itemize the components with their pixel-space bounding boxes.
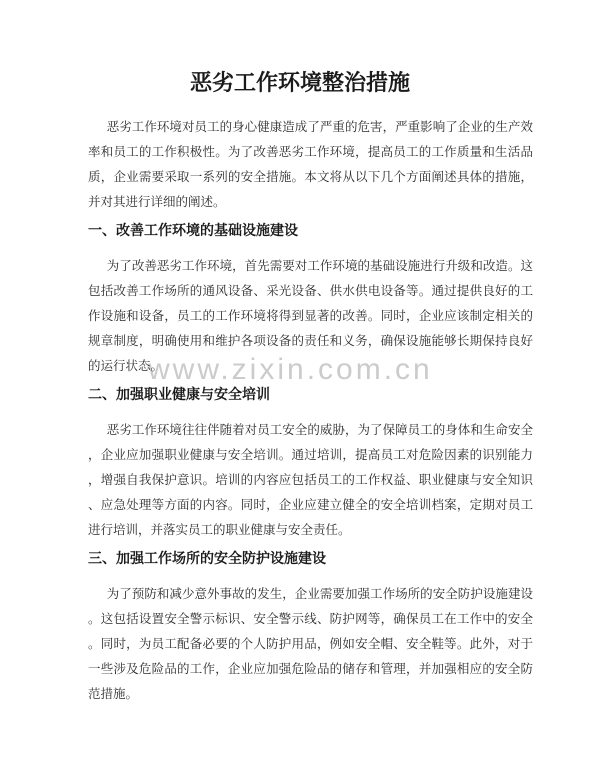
document-title: 恶劣工作环境整治措施 — [0, 66, 600, 100]
section-heading-2: 二、加强职业健康与安全培训 — [88, 385, 600, 403]
section-paragraph-1: 为了改善恶劣工作环境，首先需要对工作环境的基础设施进行升级和改造。这包括改善工作… — [88, 254, 533, 379]
section-paragraph-3: 为了预防和减少意外事故的发生，企业需要加强工作场所的安全防护设施建设。这包括设置… — [88, 582, 533, 707]
section-heading-3: 三、加强工作场所的安全防护设施建设 — [88, 549, 600, 567]
section-heading-1: 一、改善工作环境的基础设施建设 — [88, 221, 600, 239]
document-page: www.zixin.com.cn 恶劣工作环境整治措施 恶劣工作环境对员工的身心… — [0, 0, 600, 776]
intro-paragraph: 恶劣工作环境对员工的身心健康造成了严重的危害，严重影响了企业的生产效率和员工的工… — [88, 115, 533, 215]
section-paragraph-2: 恶劣工作环境往往伴随着对员工安全的威胁，为了保障员工的身体和生命安全，企业应加强… — [88, 418, 533, 543]
